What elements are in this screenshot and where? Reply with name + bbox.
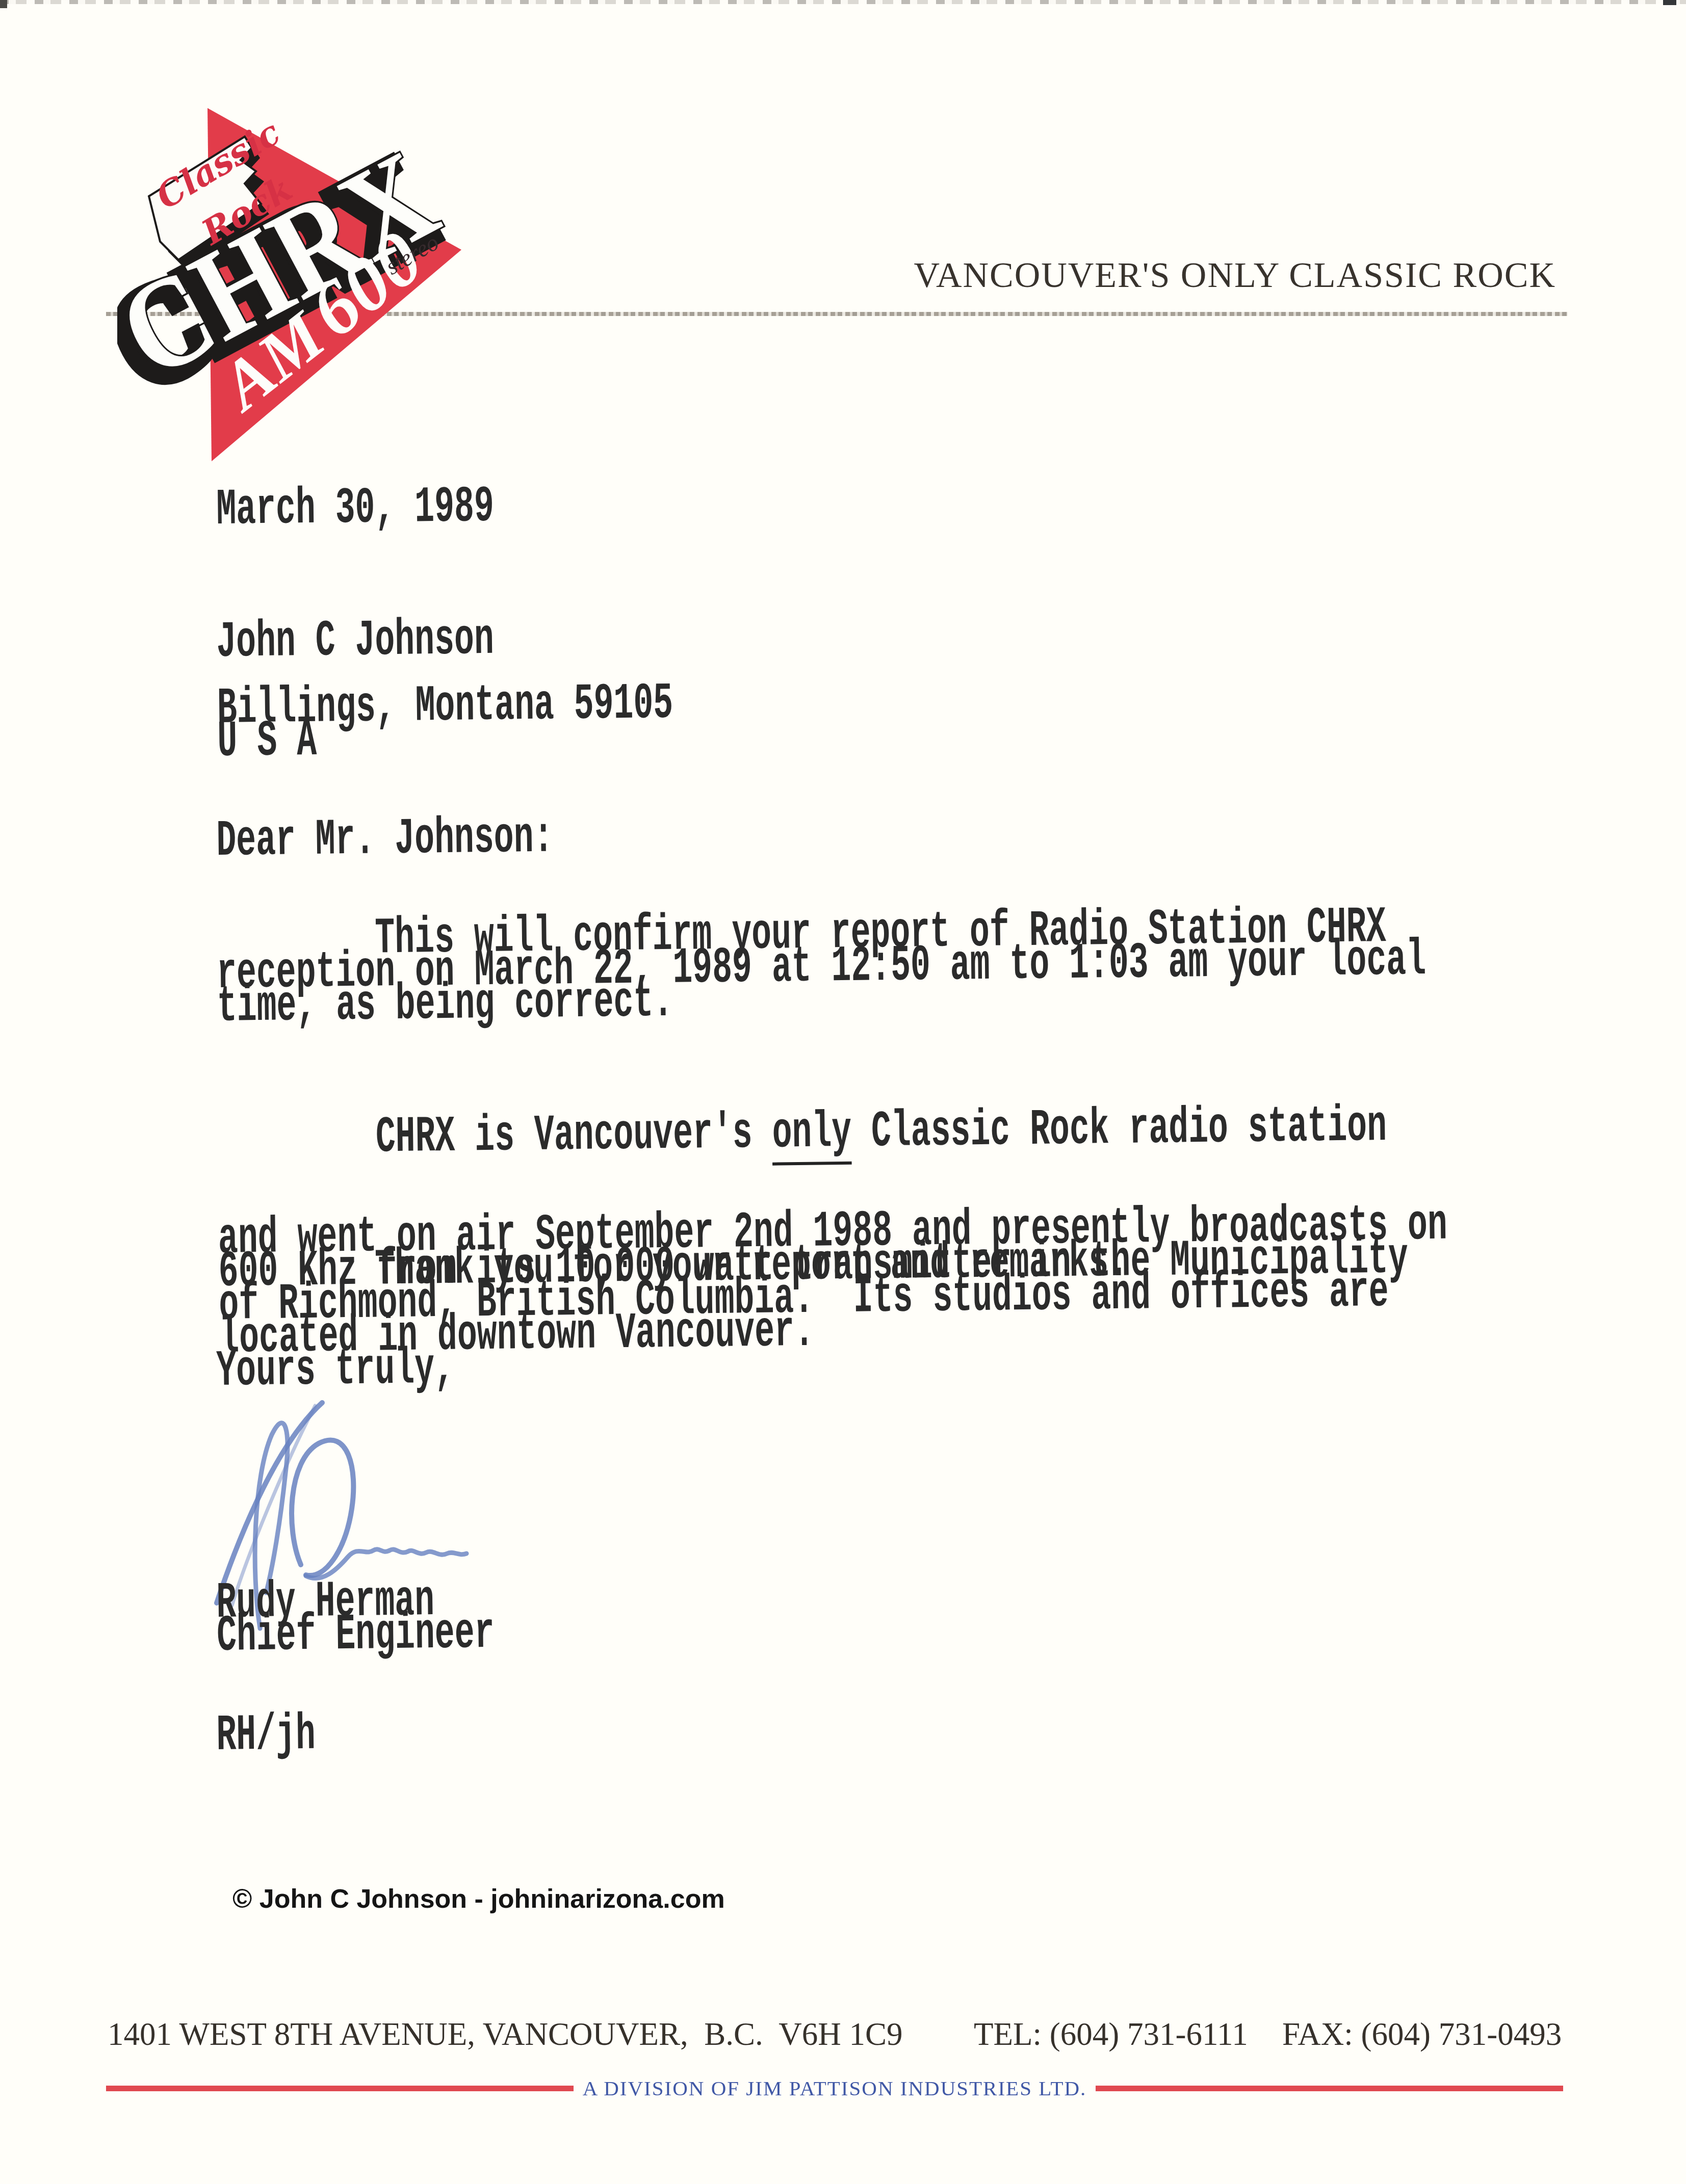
letter-date: March 30, 1989 bbox=[216, 491, 494, 527]
recipient-address: John C Johnson Billings, Montana 59105 U… bbox=[216, 621, 673, 759]
paragraph-2-line-1: CHRX is Vancouver's only Classic Rock ra… bbox=[217, 1110, 1446, 1156]
signature-stroke-oval bbox=[292, 1440, 353, 1575]
paragraph-2-post: Classic Rock radio station bbox=[851, 1098, 1387, 1162]
salutation: Dear Mr. Johnson: bbox=[216, 822, 554, 858]
paragraph-2-underlined-word: only bbox=[772, 1104, 852, 1166]
paragraph-3: Thank you for your report and remarks. bbox=[216, 1246, 1128, 1289]
division-banner: A DIVISION OF JIM PATTISON INDUSTRIES LT… bbox=[106, 2074, 1563, 2102]
paragraph-2-pre: CHRX is Vancouver's bbox=[217, 1105, 772, 1169]
reference-initials: RH/jh bbox=[216, 1719, 316, 1753]
division-redline-right bbox=[1096, 2086, 1563, 2091]
division-label: A DIVISION OF JIM PATTISON INDUSTRIES LT… bbox=[574, 2076, 1096, 2100]
footer-address: 1401 WEST 8TH AVENUE, VANCOUVER, B.C. V6… bbox=[108, 2017, 902, 2051]
signer-title: Chief Engineer bbox=[216, 1605, 495, 1666]
signer-block: Rudy Herman Chief Engineer bbox=[216, 1584, 495, 1653]
footer-tel: TEL: (604) 731-6111 bbox=[974, 2017, 1248, 2051]
footer-fax: FAX: (604) 731-0493 bbox=[1282, 2017, 1562, 2051]
scan-artifact-top-left bbox=[0, 0, 7, 8]
chrx-logo: Classic Rock CHRX CHRX AM 600 stereo bbox=[117, 76, 658, 545]
scan-noise-strip bbox=[0, 0, 1686, 4]
scanned-letter-page: Classic Rock CHRX CHRX AM 600 stereo VAN… bbox=[0, 0, 1686, 2184]
division-redline-left bbox=[106, 2086, 574, 2091]
paragraph-1: This will confirm your report of Radio S… bbox=[216, 911, 1426, 1024]
collector-watermark: © John C Johnson - johninarizona.com bbox=[232, 1884, 725, 1914]
scan-artifact-top-right bbox=[1663, 0, 1676, 5]
station-tagline: VANCOUVER'S ONLY CLASSIC ROCK bbox=[914, 258, 1556, 294]
